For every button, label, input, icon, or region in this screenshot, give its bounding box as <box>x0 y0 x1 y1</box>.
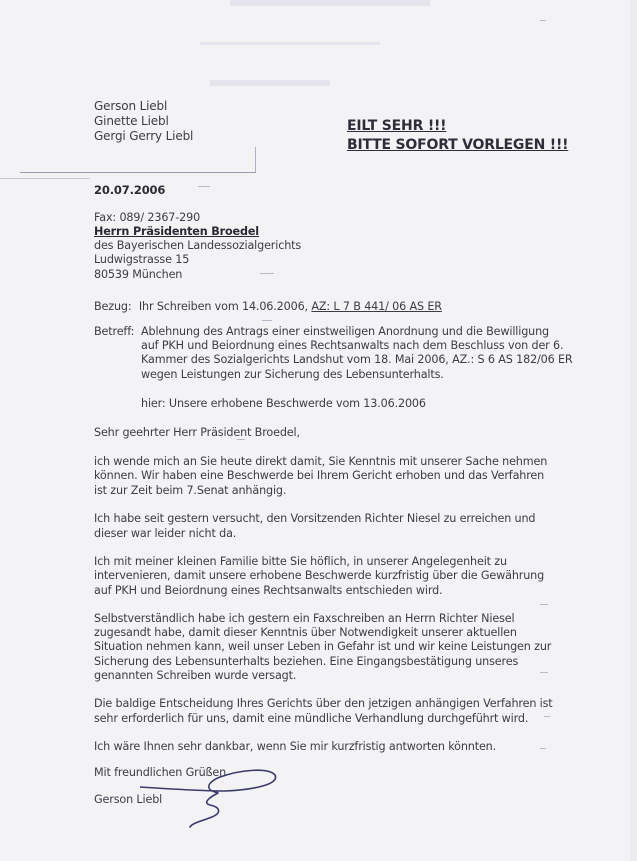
scan-artifact <box>200 42 380 45</box>
sender-name-3: Gergi Gerry Liebl <box>94 129 193 145</box>
scan-artifact <box>210 80 330 86</box>
window-fold-line <box>20 172 256 173</box>
letter-date: 20.07.2006 <box>94 183 165 197</box>
handwritten-signature <box>140 765 290 830</box>
recipient-city: 80539 München <box>94 268 182 282</box>
scan-speck <box>237 439 245 440</box>
recipient-fax: Fax: 089/ 2367-290 <box>94 211 200 225</box>
scan-speck <box>198 186 210 187</box>
body-paragraph-6-line: Ich wäre Ihnen sehr dankbar, wenn Sie mi… <box>94 740 496 754</box>
scan-edge <box>630 0 637 861</box>
salutation: Sehr geehrter Herr Präsident Broedel, <box>94 426 300 440</box>
body-paragraph-4-line: Situation nehmen kann, weil unser Leben … <box>94 640 551 654</box>
body-paragraph-4-line: Sicherung des Lebensunterhalts beziehen.… <box>94 655 518 669</box>
body-paragraph-4-line: Selbstverständlich habe ich gestern ein … <box>94 612 514 626</box>
body-paragraph-3-line: Ich mit meiner kleinen Familie bitte Sie… <box>94 555 507 569</box>
urgent-notice-line-2: BITTE SOFORT VORLEGEN !!! <box>347 137 568 153</box>
scan-speck <box>262 320 272 321</box>
subject-line-4: wegen Leistungen zur Sicherung des Leben… <box>141 368 444 382</box>
body-paragraph-5-line: Die baldige Entscheidung Ihres Gerichts … <box>94 697 553 711</box>
reference-case-number: AZ: L 7 B 441/ 06 AS ER <box>311 300 442 313</box>
recipient-name: Herrn Präsidenten Broedel <box>94 225 259 239</box>
body-paragraph-1-line: können. Wir haben eine Beschwerde bei Ih… <box>94 469 544 483</box>
body-paragraph-3-line: intervenieren, damit unsere erhobene Bes… <box>94 569 544 583</box>
body-paragraph-1-line: ich wende mich an Sie heute direkt damit… <box>94 455 547 469</box>
scan-speck <box>540 20 546 21</box>
scan-speck <box>232 560 240 561</box>
body-paragraph-4-line: zugesandt habe, damit dieser Kenntnis üb… <box>94 626 517 640</box>
body-paragraph-4-line: genannten Schreiben wurde versagt. <box>94 669 296 683</box>
body-paragraph-5-line: sehr erforderlich für uns, damit eine mü… <box>94 712 528 726</box>
subject-label: Betreff: <box>94 325 134 339</box>
urgent-notice-line-1: EILT SEHR !!! <box>347 118 446 134</box>
subject-line-2: auf PKH und Beiordnung eines Rechtsanwal… <box>141 339 563 353</box>
body-paragraph-2-line: Ich habe seit gestern versucht, den Vors… <box>94 512 535 526</box>
scanned-letter: Gerson Liebl Ginette Liebl Gergi Gerry L… <box>0 0 637 861</box>
reference-text: Ihr Schreiben vom 14.06.2006, <box>139 300 311 313</box>
scan-speck <box>544 716 550 717</box>
scan-speck <box>260 273 274 274</box>
window-fold-line <box>255 147 256 172</box>
reference-label: Bezug: <box>94 300 132 313</box>
recipient-street: Ludwigstrasse 15 <box>94 253 189 267</box>
subject-line-1: Ablehnung des Antrags einer einstweilige… <box>141 325 549 339</box>
scan-speck <box>540 748 546 749</box>
subject-hier: hier: Unsere erhobene Beschwerde vom 13.… <box>141 397 426 411</box>
sender-name-2: Ginette Liebl <box>94 114 169 130</box>
scan-artifact <box>230 0 430 6</box>
subject-line-3: Kammer des Sozialgerichts Landshut vom 1… <box>141 353 573 367</box>
scan-speck <box>540 604 548 605</box>
body-paragraph-2-line: dieser war leider nicht da. <box>94 527 236 541</box>
body-paragraph-1-line: ist zur Zeit beim 7.Senat anhängig. <box>94 484 286 498</box>
window-fold-line <box>0 178 90 179</box>
body-paragraph-3-line: auf PKH und Beiordnung eines Rechtsanwal… <box>94 584 442 598</box>
sender-name-1: Gerson Liebl <box>94 99 167 115</box>
scan-speck <box>540 672 548 673</box>
recipient-org: des Bayerischen Landessozialgerichts <box>94 239 301 253</box>
reference-line: Bezug: Ihr Schreiben vom 14.06.2006, AZ:… <box>94 300 442 314</box>
